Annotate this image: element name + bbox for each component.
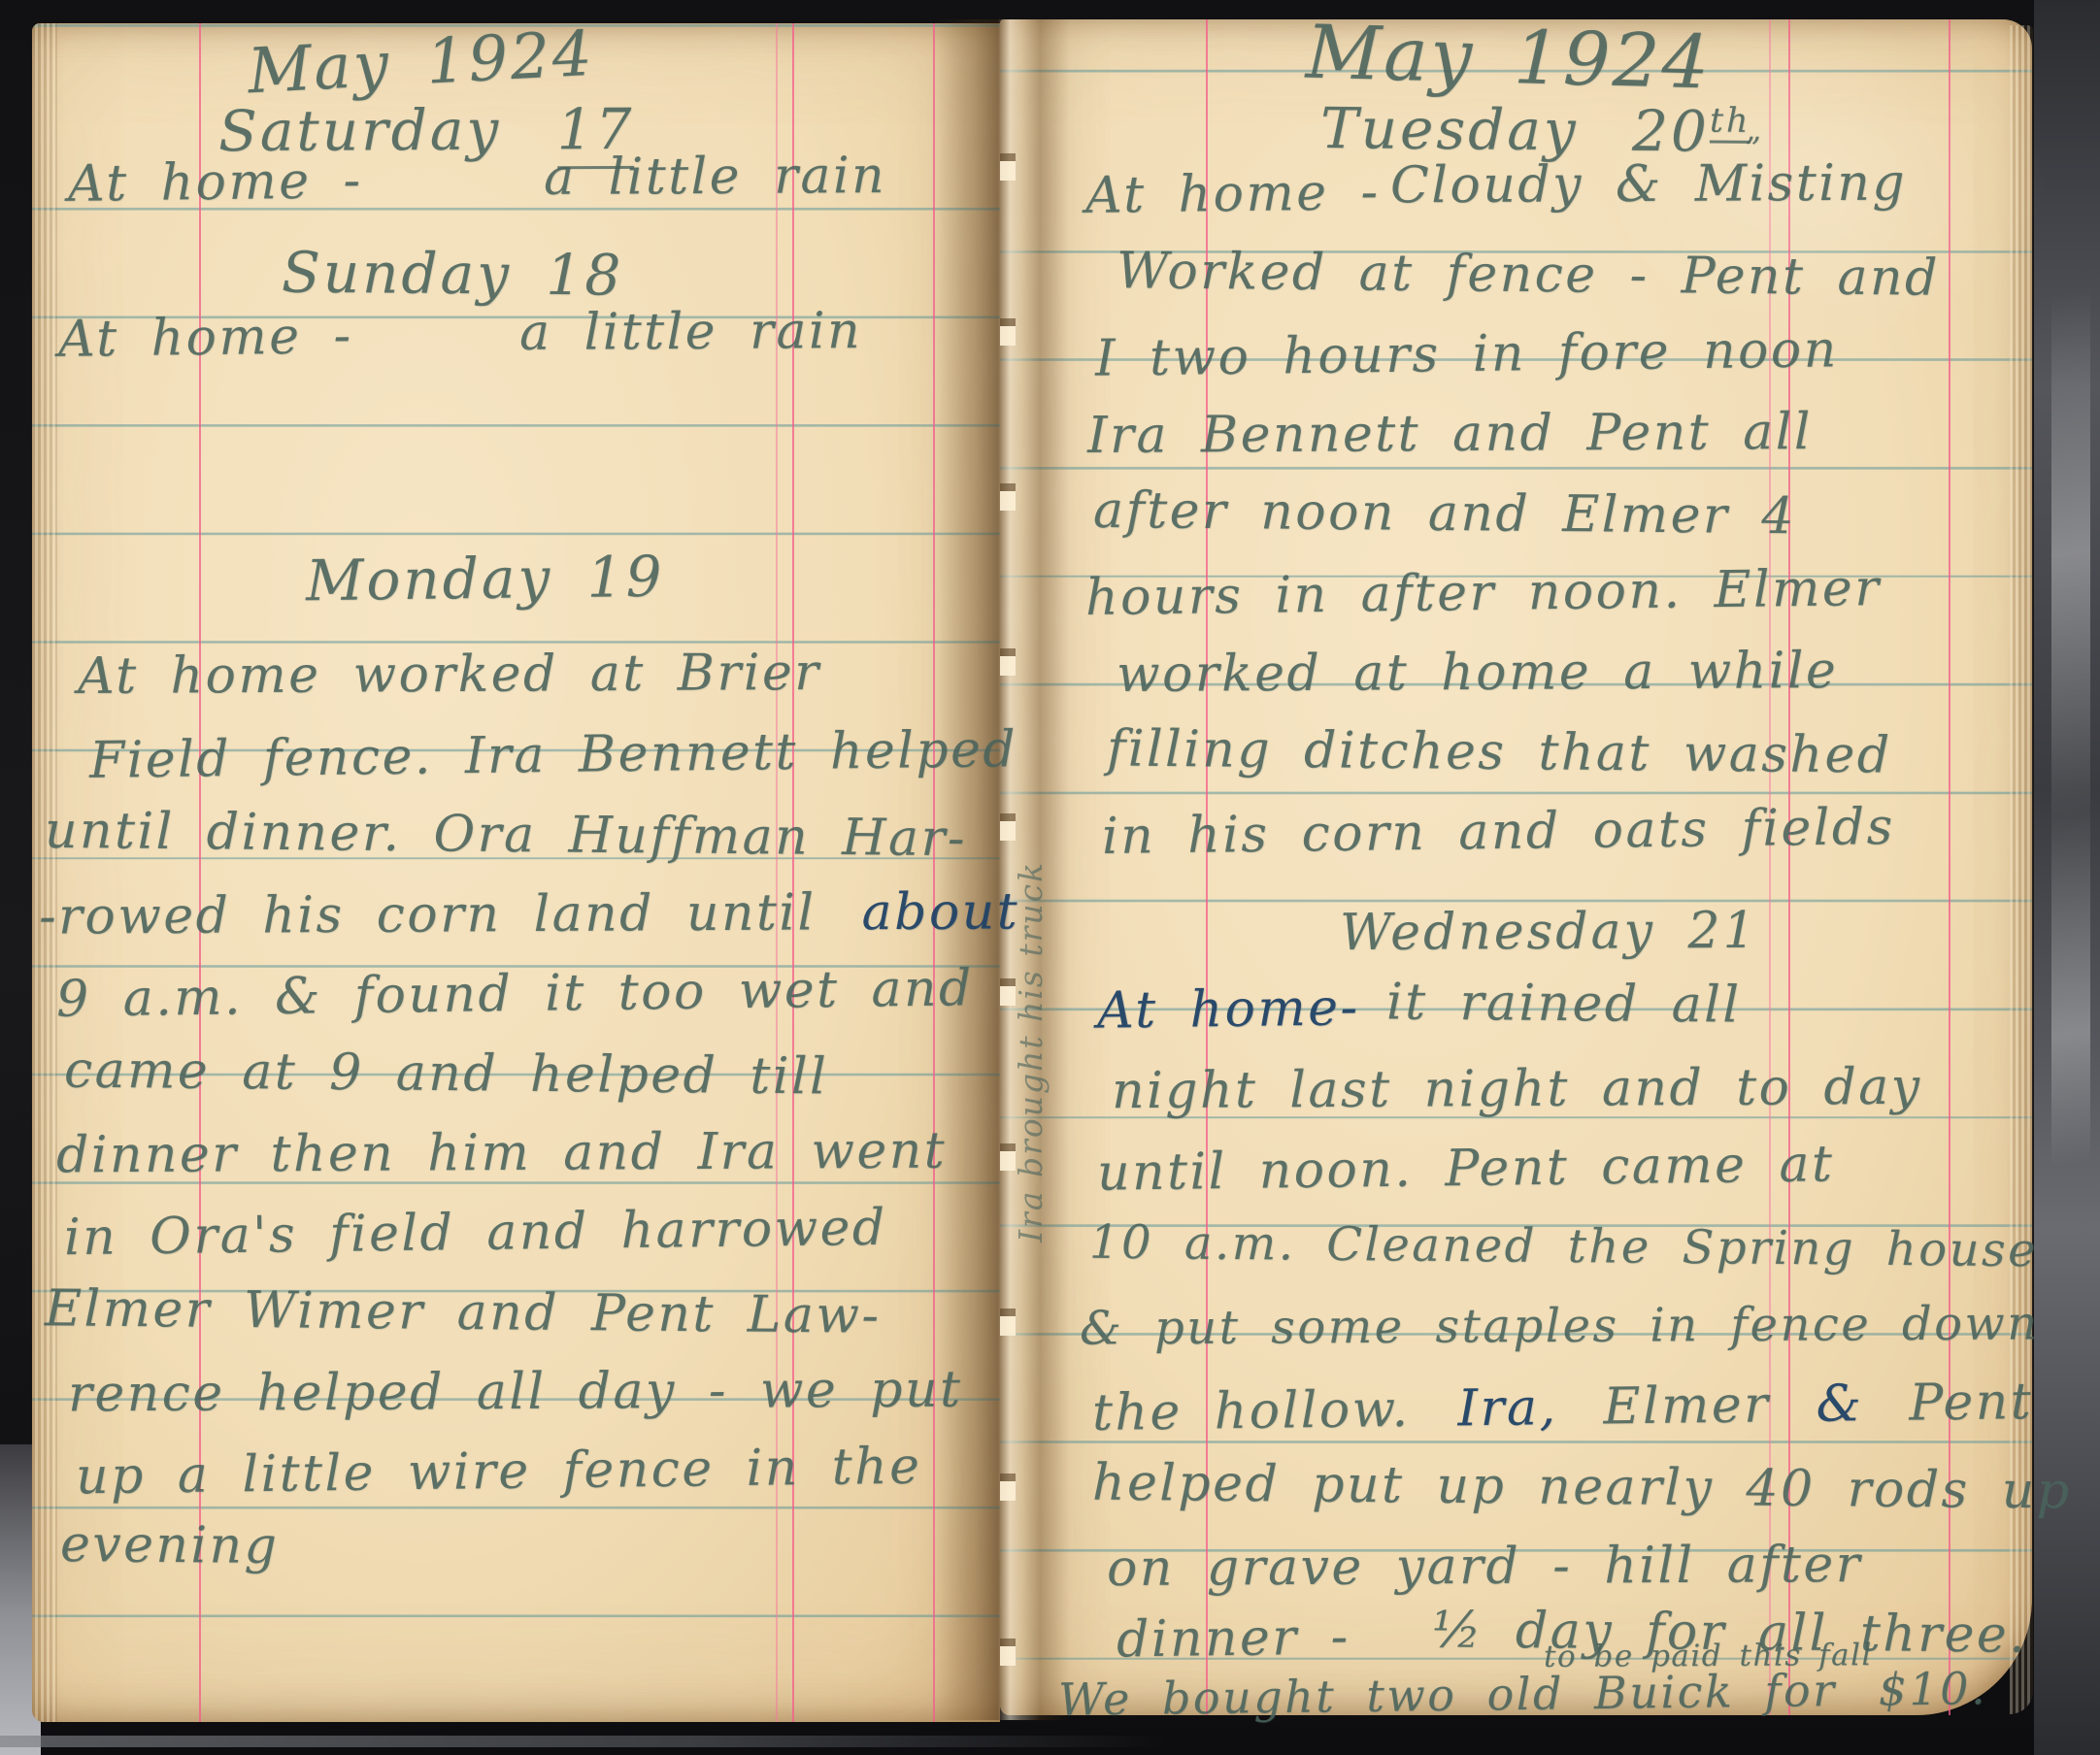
diary-line: after noon and Elmer 4 [1093,481,1796,546]
diary-line: At home- [1097,978,1360,1040]
diary-line: Worked at fence - Pent and [1117,242,1940,307]
diary-line: 10 a.m. Cleaned the Spring house [1089,1215,2039,1278]
diary-line: the hollow. Ira, Elmer & Pent [1092,1373,2034,1442]
diary-line: At home - [68,151,363,214]
diary-line: worked at home a while [1117,642,1838,704]
diary-line: a little rain [544,147,886,207]
diary-line: Field fence. Ira Bennett helped [89,720,1018,790]
diary-line: -rowed his corn land until about [39,882,1019,945]
inserted-word: about [861,882,1019,942]
line-text: Pent [1909,1373,2034,1433]
diary-line: helped put up nearly 40 rods up [1092,1454,2072,1521]
diary-line: filling ditches that washed [1107,719,1892,784]
name-ira: Ira, [1457,1378,1558,1438]
diary-line: a little rain [519,302,862,362]
diary-line: At home - [58,307,353,369]
entry-heading-wednesday: Wednesday 21 [1340,902,1758,962]
line-text: Elmer [1603,1375,1771,1436]
gutter-note: Ira brought his truck [1012,738,1050,1242]
line-text: the hollow. [1092,1380,1411,1442]
diary-line: Elmer Wimer and Pent Law- [45,1279,882,1345]
diary-line: came at 9 and helped till [64,1042,829,1107]
diary-line: hours in after noon. Elmer [1085,559,1882,627]
diary-line: Cloudy & Misting [1390,154,1907,215]
diary-line: dinner then him and Ira went [56,1122,947,1185]
line-text: -rowed his corn land until [39,883,817,945]
diary-line: rence helped all day - we put [68,1361,963,1424]
month-header-right: May 1924 [1305,9,1713,106]
diary-line: until dinner. Ora Huffman Har- [45,802,967,868]
diary-line: night last night and to day [1112,1058,1922,1120]
diary-line: in his corn and oats fields [1102,798,1895,866]
tuesday-label: Tuesday [1320,95,1579,163]
diary-line: on grave yard - hill after [1107,1536,1862,1598]
month-header-left: May 1924 [246,18,595,109]
diary-line: in Ora's field and harrowed [64,1199,887,1267]
diary-line: dinner - [1117,1608,1350,1670]
diary-line: We bought two old Buick for $10. [1058,1662,1988,1726]
diary-line: up a little wire fence in the [76,1438,922,1507]
price: $10. [1878,1662,1987,1715]
diary-line: Ira Bennett and Pent all [1087,403,1813,465]
diary-line: it rained all [1386,973,1742,1034]
diary-line: At home worked at Brier [78,644,821,706]
diary-line: At home - [1085,163,1381,225]
handwriting-layer: May 1924 Saturday 17 At home - a little … [0,0,2100,1755]
entry-heading-monday: Monday 19 [306,544,665,614]
entry-heading-sunday: Sunday 18 [282,239,624,308]
diary-line: evening [60,1515,280,1575]
diary-line: 9 a.m. & found it too wet and [56,959,974,1029]
line-text: We bought two old Buick for [1058,1664,1837,1726]
diary-line: until noon. Pent came at [1097,1135,1835,1202]
diary-line: I two hours in fore noon [1095,320,1839,387]
ampersand: & [1816,1374,1864,1434]
diary-line: & put some staples in fence down [1080,1296,2040,1355]
